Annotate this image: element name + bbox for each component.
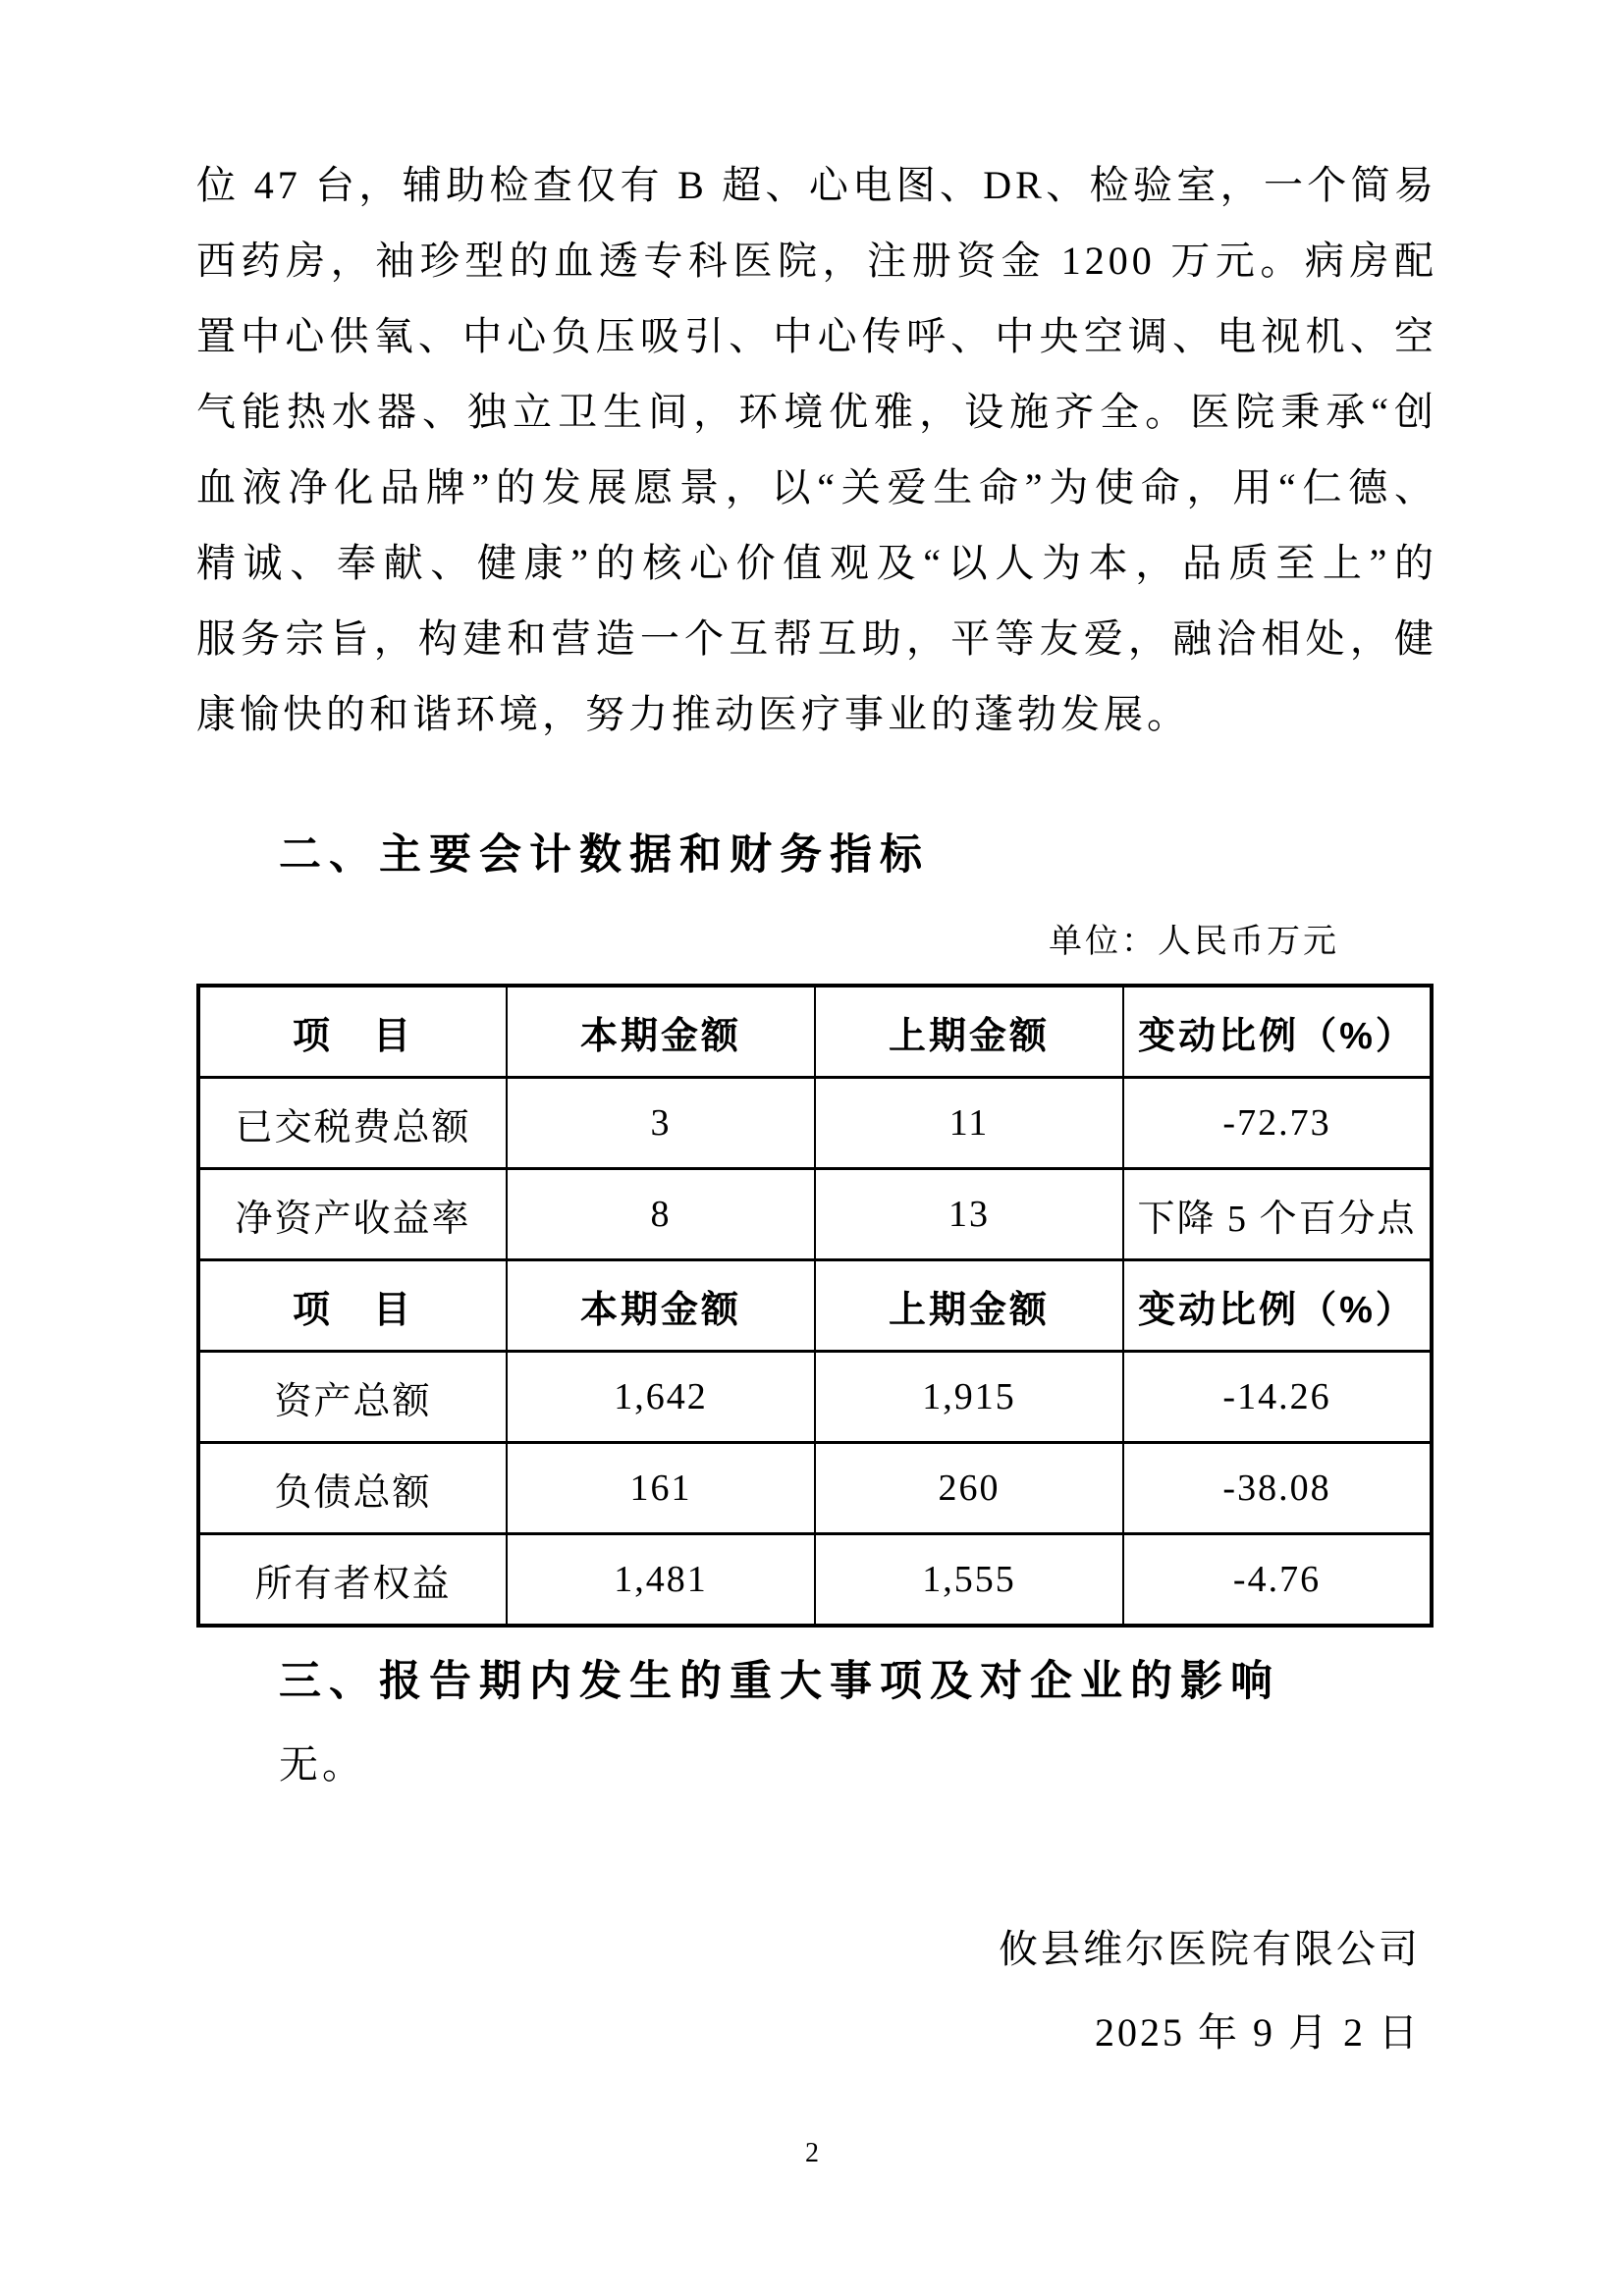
change-ratio-cell: -72.73 [1123,1078,1432,1169]
table-header-cell: 上期金额 [815,986,1123,1078]
current-amount-cell: 1,481 [507,1534,815,1627]
change-ratio-cell: -14.26 [1123,1352,1432,1443]
document-page: 位 47 台，辅助检查仅有 B 超、心电图、DR、检验室，一个简易 西药房，袖珍… [0,0,1624,2296]
current-amount-cell: 3 [507,1078,815,1169]
change-ratio-cell: 下降 5 个百分点 [1123,1169,1432,1260]
row-label-cell: 负债总额 [198,1443,507,1534]
document-content: 位 47 台，辅助检查仅有 B 超、心电图、DR、检验室，一个简易 西药房，袖珍… [0,0,1624,2074]
section3-heading: 三、报告期内发生的重大事项及对企业的影响 [196,1652,1437,1711]
paragraph-line: 血液净化品牌”的发展愿景，以“关爱生命”为使命，用“仁德、 [196,450,1437,525]
table-header-cell: 项 目 [198,1260,507,1352]
previous-amount-cell: 260 [815,1443,1123,1534]
table-header-row: 项 目 本期金额 上期金额 变动比例（%） [198,986,1432,1078]
paragraph-line: 气能热水器、独立卫生间，环境优雅，设施齐全。医院秉承“创 [196,374,1437,450]
table-row: 所有者权益 1,481 1,555 -4.76 [198,1534,1432,1627]
row-label-cell: 已交税费总额 [198,1078,507,1169]
body-paragraph: 位 47 台，辅助检查仅有 B 超、心电图、DR、检验室，一个简易 西药房，袖珍… [196,147,1437,752]
paragraph-line: 位 47 台，辅助检查仅有 B 超、心电图、DR、检验室，一个简易 [196,147,1437,223]
unit-note: 单位：人民币万元 [196,919,1437,966]
previous-amount-cell: 1,555 [815,1534,1123,1627]
current-amount-cell: 161 [507,1443,815,1534]
paragraph-line: 康愉快的和谐环境，努力推动医疗事业的蓬勃发展。 [196,676,1437,752]
current-amount-cell: 1,642 [507,1352,815,1443]
row-label-cell: 所有者权益 [198,1534,507,1627]
row-label-cell: 净资产收益率 [198,1169,507,1260]
table-row: 净资产收益率 8 13 下降 5 个百分点 [198,1169,1432,1260]
table-header-row: 项 目 本期金额 上期金额 变动比例（%） [198,1260,1432,1352]
page-number: 2 [0,2138,1624,2169]
previous-amount-cell: 13 [815,1169,1123,1260]
signature-company: 攸县维尔医院有限公司 [196,1907,1421,1991]
table-header-cell: 变动比例（%） [1123,986,1432,1078]
paragraph-line: 置中心供氧、中心负压吸引、中心传呼、中央空调、电视机、空 [196,298,1437,374]
signature-date: 2025 年 9 月 2 日 [196,1991,1421,2074]
paragraph-line: 服务宗旨，构建和营造一个互帮互助，平等友爱，融洽相处，健 [196,601,1437,676]
row-label-cell: 资产总额 [198,1352,507,1443]
table-row: 已交税费总额 3 11 -72.73 [198,1078,1432,1169]
paragraph-line: 精诚、奉献、健康”的核心价值观及“以人为本，品质至上”的 [196,525,1437,601]
current-amount-cell: 8 [507,1169,815,1260]
financial-table: 项 目 本期金额 上期金额 变动比例（%） 已交税费总额 3 11 -72.73… [196,984,1434,1628]
paragraph-line: 西药房，袖珍型的血透专科医院，注册资金 1200 万元。病房配 [196,223,1437,298]
change-ratio-cell: -4.76 [1123,1534,1432,1627]
change-ratio-cell: -38.08 [1123,1443,1432,1534]
table-row: 资产总额 1,642 1,915 -14.26 [198,1352,1432,1443]
previous-amount-cell: 1,915 [815,1352,1123,1443]
section3-content: 无。 [196,1735,1437,1794]
table-header-cell: 变动比例（%） [1123,1260,1432,1352]
previous-amount-cell: 11 [815,1078,1123,1169]
section2-heading: 二、主要会计数据和财务指标 [196,826,1437,884]
table-header-cell: 本期金额 [507,1260,815,1352]
signature-block: 攸县维尔医院有限公司 2025 年 9 月 2 日 [196,1907,1437,2074]
table-header-cell: 本期金额 [507,986,815,1078]
table-row: 负债总额 161 260 -38.08 [198,1443,1432,1534]
table-header-cell: 项 目 [198,986,507,1078]
table-header-cell: 上期金额 [815,1260,1123,1352]
